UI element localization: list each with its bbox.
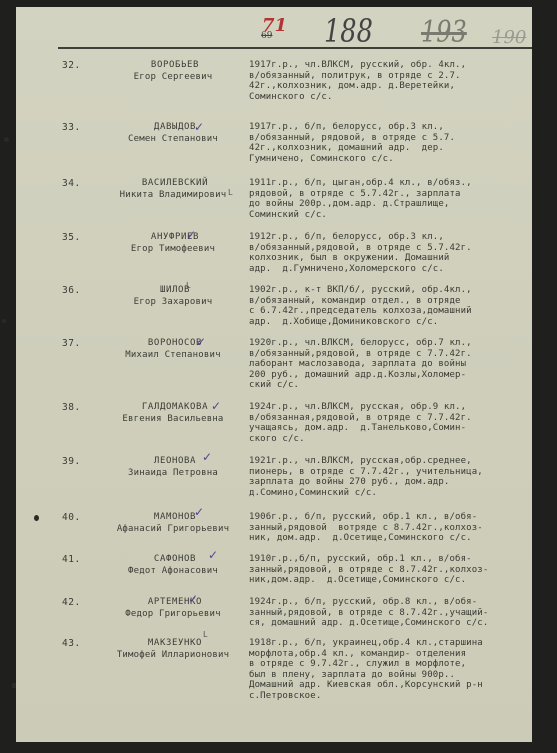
entry-given-name: Никита Владимирович	[88, 190, 258, 200]
entry-number: 32.	[62, 60, 81, 71]
header-rule	[58, 47, 532, 49]
check-mark-icon: ✓	[211, 399, 221, 413]
entry-surname: ВАСИЛЕВСКИЙ	[120, 178, 230, 188]
entry-description: 1917г.р., чл.ВЛКСМ, русский, обр. 4кл., …	[249, 60, 539, 102]
entry-number: 42.	[62, 597, 81, 608]
punch-hole-mark	[2, 319, 6, 323]
crossed-page-number-small: 190	[492, 27, 526, 48]
entry-given-name: Афанасий Григорьевич	[88, 524, 258, 534]
entry-description: 1902г.р., к-т ВКП/б/, русский, обр.4кл.,…	[249, 285, 539, 327]
crossed-page-number: 193	[421, 15, 467, 50]
entry-number: 40.	[62, 512, 81, 523]
entry-description: 1924г.р., б/п, русский, обр.8 кл., в/обя…	[249, 597, 539, 629]
entry-given-name: Егор Сергеевич	[88, 72, 258, 82]
entry-given-name: Тимофей Илларионович	[88, 650, 258, 660]
entry-number: 36.	[62, 285, 81, 296]
check-mark-icon: ✓	[188, 592, 198, 606]
check-mark-icon: L	[186, 281, 190, 290]
entry-description: 1921г.р., чл.ВЛКСМ, русская,обр.среднее,…	[249, 456, 539, 498]
entry-number: 41.	[62, 554, 81, 565]
entry-given-name: Зинаида Петровна	[88, 468, 258, 478]
entry-description: 1910г.р.,б/п, русский, обр.1 кл., в/обя-…	[249, 554, 539, 586]
page-number: 188	[324, 12, 373, 50]
check-mark-icon: ✓	[194, 505, 204, 519]
entry-description: 1906г.р., б/п, русский, обр.1 кл., в/обя…	[249, 512, 539, 544]
entry-description: 1911г.р., б/п, цыган,обр.4 кл., в/обяз.,…	[249, 178, 539, 220]
punch-hole-mark	[34, 515, 39, 521]
entry-given-name: Егор Захарович	[88, 297, 258, 307]
entry-surname: АНУФРИЕВ	[120, 232, 230, 242]
check-mark-icon: ✓	[194, 120, 204, 134]
entry-number: 33.	[62, 122, 81, 133]
entry-given-name: Федот Афонасович	[88, 566, 258, 576]
entry-number: 43.	[62, 638, 81, 649]
entry-given-name: Федор Григорьевич	[88, 609, 258, 619]
crossed-page-number-sub: 69	[261, 31, 272, 41]
entry-number: 37.	[62, 338, 81, 349]
entry-surname: АРТЕМЕНКО	[120, 597, 230, 607]
punch-hole-mark	[4, 137, 9, 142]
entry-number: 39.	[62, 456, 81, 467]
check-mark-icon: ✓	[196, 335, 206, 349]
check-mark-icon: ✓	[202, 450, 212, 464]
entry-given-name: Евгения Васильевна	[88, 414, 258, 424]
entry-description: 1917г.р., б/п, белорусс, обр.3 кл., в/об…	[249, 122, 539, 164]
document-page: 71 69 188 193 190 32. ВОРОБЬЕВ Егор Серг…	[16, 7, 532, 742]
entry-given-name: Семен Степанович	[88, 134, 258, 144]
entry-surname: ВОРОБЬЕВ	[120, 60, 230, 70]
check-mark-icon: L	[203, 630, 207, 639]
entry-surname: ШИЛОВ	[120, 285, 230, 295]
entry-number: 35.	[62, 232, 81, 243]
entry-description: 1918г.р., б/п, украинец,обр.4 кл.,старши…	[249, 638, 539, 702]
check-mark-icon: ✓	[186, 228, 196, 242]
entry-given-name: Михаил Степанович	[88, 350, 258, 360]
entry-given-name: Егор Тимофеевич	[88, 244, 258, 254]
entry-description: 1912г.р., б/п, белорусс, обр.3 кл., в/об…	[249, 232, 539, 274]
entry-description: 1920г.р., чл.ВЛКСМ, белорусс, обр.7 кл.,…	[249, 338, 539, 391]
entry-surname: ВОРОНОСОВ	[120, 338, 230, 348]
entry-number: 34.	[62, 178, 81, 189]
entry-number: 38.	[62, 402, 81, 413]
entry-description: 1924г.р., чл.ВЛКСМ, русская, обр.9 кл., …	[249, 402, 539, 444]
punch-hole-mark	[12, 683, 16, 688]
entry-surname: ДАВЫДОВ	[120, 122, 230, 132]
check-mark-icon: L	[228, 188, 232, 197]
entry-surname: МАКЗЕУНКО	[120, 638, 230, 648]
entry-surname: ЛЕОНОВА	[120, 456, 230, 466]
entry-surname: МАМОНОВ	[120, 512, 230, 522]
check-mark-icon: ✓	[208, 548, 218, 562]
